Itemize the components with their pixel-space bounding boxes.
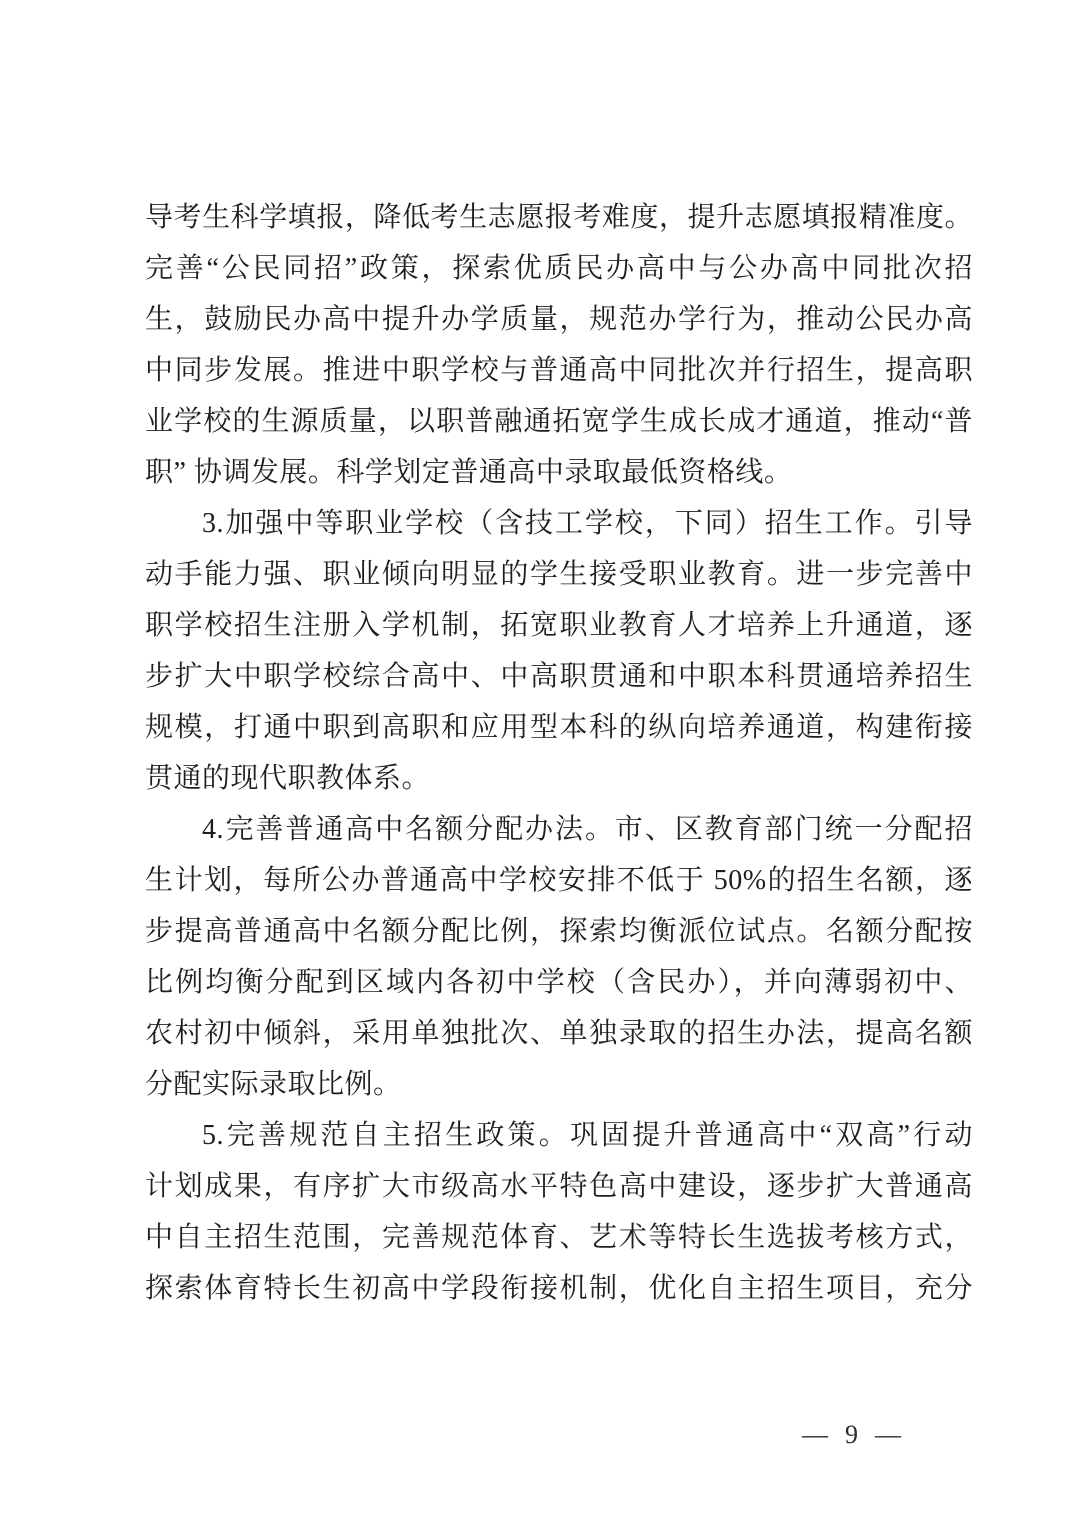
page-number-value: 9 bbox=[845, 1420, 858, 1450]
text-line: 步提高普通高中名额分配比例，探索均衡派位试点。名额分配按 bbox=[145, 906, 973, 957]
text-line: 规模，打通中职到高职和应用型本科的纵向培养通道，构建衔接 bbox=[145, 702, 973, 753]
document-page: 导考生科学填报，降低考生志愿报考难度，提升志愿填报精准度。完善“公民同招”政策，… bbox=[0, 0, 1080, 1527]
text-line: 职” 协调发展。科学划定普通高中录取最低资格线。 bbox=[145, 447, 973, 498]
text-line: 3.加强中等职业学校（含技工学校，下同）招生工作。引导 bbox=[145, 498, 973, 549]
text-line: 4.完善普通高中名额分配办法。市、区教育部门统一分配招 bbox=[145, 804, 973, 855]
text-line: 计划成果，有序扩大市级高水平特色高中建设，逐步扩大普通高 bbox=[145, 1161, 973, 1212]
text-line: 完善“公民同招”政策，探索优质民办高中与公办高中同批次招 bbox=[145, 243, 973, 294]
text-line: 职学校招生注册入学机制，拓宽职业教育人才培养上升通道，逐 bbox=[145, 600, 973, 651]
text-line: 步扩大中职学校综合高中、中高职贯通和中职本科贯通培养招生 bbox=[145, 651, 973, 702]
page-number-right-dash: — bbox=[875, 1420, 901, 1450]
text-line: 生，鼓励民办高中提升办学质量，规范办学行为，推动公民办高 bbox=[145, 294, 973, 345]
text-line: 业学校的生源质量，以职普融通拓宽学生成长成才通道，推动“普 bbox=[145, 396, 973, 447]
page-number: — 9 — bbox=[802, 1420, 901, 1450]
text-line: 贯通的现代职教体系。 bbox=[145, 753, 973, 804]
text-line: 动手能力强、职业倾向明显的学生接受职业教育。进一步完善中 bbox=[145, 549, 973, 600]
text-line: 分配实际录取比例。 bbox=[145, 1059, 973, 1110]
text-line: 比例均衡分配到区域内各初中学校（含民办），并向薄弱初中、 bbox=[145, 957, 973, 1008]
text-line: 农村初中倾斜，采用单独批次、单独录取的招生办法，提高名额 bbox=[145, 1008, 973, 1059]
text-line: 导考生科学填报，降低考生志愿报考难度，提升志愿填报精准度。 bbox=[145, 192, 973, 243]
text-line: 5.完善规范自主招生政策。巩固提升普通高中“双高”行动 bbox=[145, 1110, 973, 1161]
text-line: 生计划，每所公办普通高中学校安排不低于 50%的招生名额，逐 bbox=[145, 855, 973, 906]
document-body-text: 导考生科学填报，降低考生志愿报考难度，提升志愿填报精准度。完善“公民同招”政策，… bbox=[145, 192, 973, 1314]
text-line: 中自主招生范围，完善规范体育、艺术等特长生选拔考核方式， bbox=[145, 1212, 973, 1263]
text-line: 中同步发展。推进中职学校与普通高中同批次并行招生，提高职 bbox=[145, 345, 973, 396]
page-number-left-dash: — bbox=[802, 1420, 828, 1450]
text-line: 探索体育特长生初高中学段衔接机制，优化自主招生项目，充分 bbox=[145, 1263, 973, 1314]
